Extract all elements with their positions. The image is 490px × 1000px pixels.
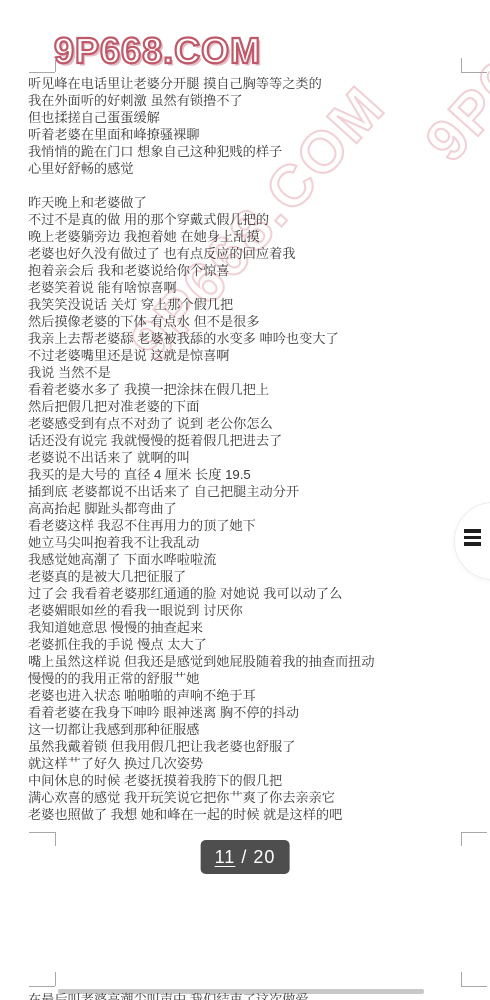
next-page-margin-mark-top-left <box>29 972 56 987</box>
text-line: 话还没有说完 我就慢慢的挺着假几把进去了 <box>28 432 468 449</box>
text-line: 我笑笑没说话 关灯 穿上那个假几把 <box>28 296 468 313</box>
document-text: 听见峰在电话里让老婆分开腿 摸自己胸等等之类的我在外面听的好刺激 虽然有锁撸不了… <box>28 75 468 823</box>
text-line: 我在外面听的好刺激 虽然有锁撸不了 <box>28 92 468 109</box>
text-line: 老婆也进入状态 啪啪啪的声响不绝于耳 <box>28 687 468 704</box>
text-line: 抱着亲会后 我和老婆说给你个惊喜 <box>28 262 468 279</box>
page-indicator-badge[interactable]: 11 / 20 <box>201 840 290 874</box>
page-margin-mark-top-right <box>461 58 488 73</box>
text-line: 高高抬起 脚趾头都弯曲了 <box>28 500 468 517</box>
text-line: 然后摸像老婆的下体 有点水 但不是很多 <box>28 313 468 330</box>
text-line: 我感觉她高潮了 下面水哗啦啦流 <box>28 551 468 568</box>
next-page-text-line: 在最后叫老婆高潮尖叫声中 我们结束了这次做爱 <box>28 991 468 1000</box>
text-line: 我说 当然不是 <box>28 364 468 381</box>
text-line: 就这样艹了好久 换过几次姿势 <box>28 755 468 772</box>
next-page-margin-mark-top-right <box>461 972 488 987</box>
text-line: 然后把假几把对准老婆的下面 <box>28 398 468 415</box>
page-margin-mark-top-left <box>29 58 56 73</box>
page-margin-mark-bottom-left <box>29 832 56 848</box>
current-page: 11 <box>215 847 236 867</box>
text-line: 满心欢喜的感觉 我开玩笑说它把你艹爽了你去亲亲它 <box>28 789 468 806</box>
text-line: 老婆媚眼如丝的看我一眼说到 讨厌你 <box>28 602 468 619</box>
text-line: 过了会 我看着老婆那红通通的脸 对她说 我可以动了么 <box>28 585 468 602</box>
text-line: 中间休息的时候 老婆抚摸着我胯下的假几把 <box>28 772 468 789</box>
text-line: 慢慢的的我用正常的舒服艹她 <box>28 670 468 687</box>
text-line: 插到底 老婆都说不出话来了 自己把腿主动分开 <box>28 483 468 500</box>
text-line <box>28 177 468 194</box>
page-margin-mark-bottom-right <box>461 832 488 848</box>
text-line: 老婆也好久没有做过了 也有点反应的回应着我 <box>28 245 468 262</box>
text-line: 不过老婆嘴里还是说 这就是惊喜啊 <box>28 347 468 364</box>
text-line: 看着老婆在我身下呻吟 眼神迷离 胸不停的抖动 <box>28 704 468 721</box>
text-line: 听着老婆在里面和峰撩骚裸聊 <box>28 126 468 143</box>
text-line: 她立马尖叫抱着我不让我乱动 <box>28 534 468 551</box>
text-line: 昨天晚上和老婆做了 <box>28 194 468 211</box>
text-line: 老婆说不出话来了 就啊的叫 <box>28 449 468 466</box>
text-line: 我知道她意思 慢慢的抽查起来 <box>28 619 468 636</box>
page-separator: / <box>235 847 253 867</box>
text-line: 虽然我戴着锁 但我用假几把让我老婆也舒服了 <box>28 738 468 755</box>
text-line: 老婆抓住我的手说 慢点 太大了 <box>28 636 468 653</box>
text-line: 老婆笑着说 能有啥惊喜啊 <box>28 279 468 296</box>
text-line: 这一切都让我感到那种征服感 <box>28 721 468 738</box>
hamburger-menu-icon <box>464 529 481 546</box>
text-line: 老婆感受到有点不对劲了 说到 老公你怎么 <box>28 415 468 432</box>
text-line: 我买的是大号的 直径 4 厘米 长度 19.5 <box>28 466 468 483</box>
site-watermark: 9P668.COM <box>54 30 261 72</box>
text-line: 心里好舒畅的感觉 <box>28 160 468 177</box>
total-pages: 20 <box>253 847 275 867</box>
text-line: 我悄悄的跪在门口 想象自己这种犯贱的样子 <box>28 143 468 160</box>
text-line: 老婆也照做了 我想 她和峰在一起的时候 就是这样的吧 <box>28 806 468 823</box>
text-line: 嘴上虽然这样说 但我还是感觉到她屁股随着我的抽查而扭动 <box>28 653 468 670</box>
text-line: 不过不是真的做 用的那个穿戴式假几把的 <box>28 211 468 228</box>
text-line: 听见峰在电话里让老婆分开腿 摸自己胸等等之类的 <box>28 75 468 92</box>
text-line: 老婆真的是被大几把征服了 <box>28 568 468 585</box>
text-line: 晚上老婆躺旁边 我抱着她 在她身上乱摸 <box>28 228 468 245</box>
text-line: 我亲上去帮老婆舔 老婆被我舔的水变多 呻吟也变大了 <box>28 330 468 347</box>
text-line: 但也揉搓自己蛋蛋缓解 <box>28 109 468 126</box>
text-line: 看着老婆水多了 我摸一把涂抹在假几把上 <box>28 381 468 398</box>
text-line: 看老婆这样 我忍不住再用力的顶了她下 <box>28 517 468 534</box>
